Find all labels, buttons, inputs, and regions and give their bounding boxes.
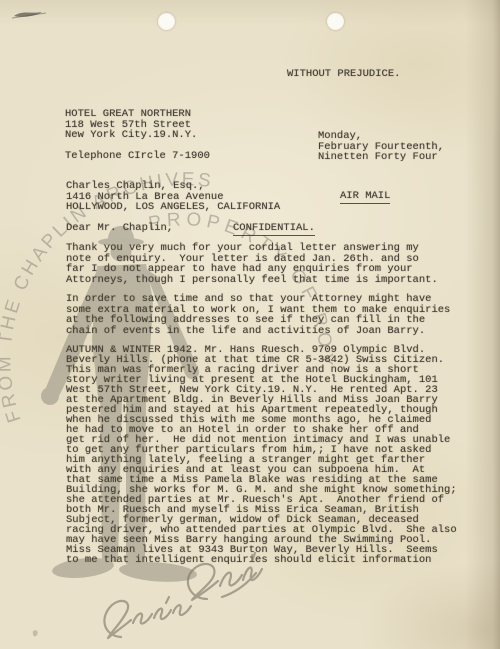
punch-hole-right <box>327 13 344 30</box>
letter-page: FROM THE CHAPLIN ARCHIVES PROPERTY OF RO… <box>0 0 500 649</box>
top-left-smudge <box>12 12 46 18</box>
bottom-left-mark <box>33 630 38 636</box>
punch-hole-left <box>158 13 175 30</box>
ink-smudge-marks <box>0 0 500 649</box>
